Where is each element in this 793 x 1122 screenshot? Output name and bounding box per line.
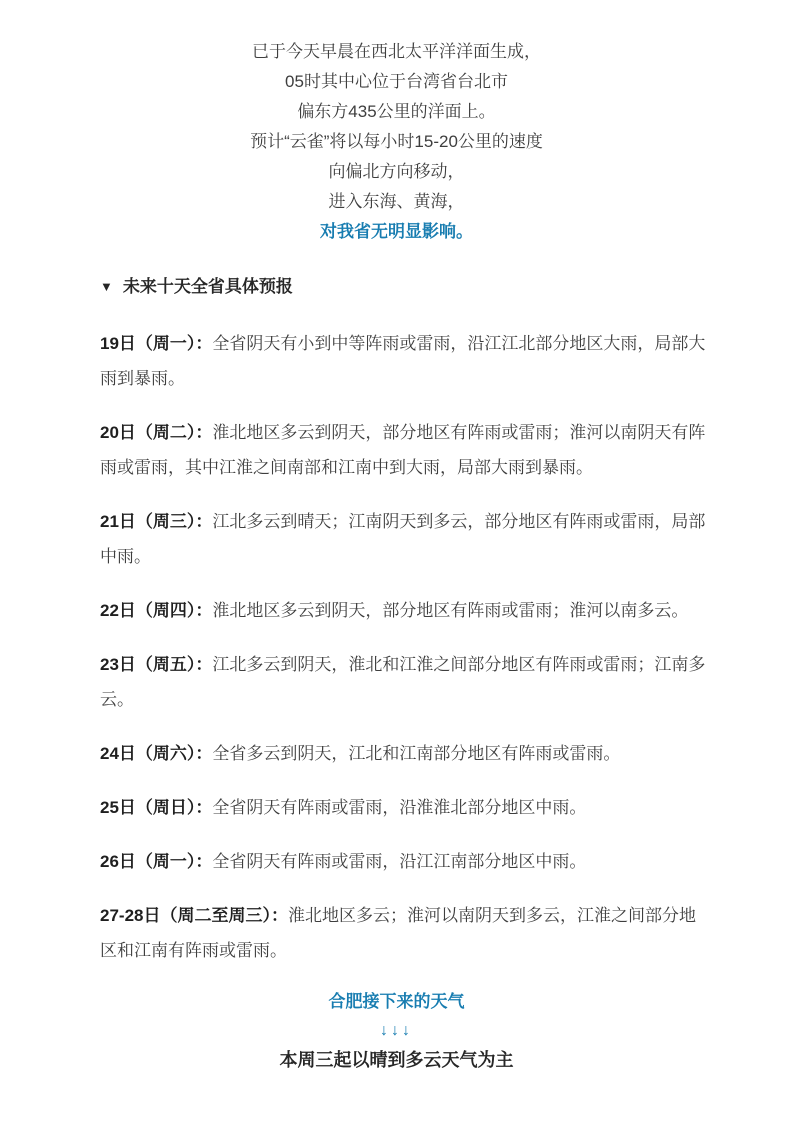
- intro-highlight: 对我省无明显影响。: [0, 217, 793, 247]
- forecast-date: 20日（周二）：: [100, 423, 212, 442]
- down-arrows-icon: ↓↓↓: [0, 1017, 793, 1045]
- forecast-item-20: 20日（周二）：淮北地区多云到阴天，部分地区有阵雨或雷雨；淮河以南阴天有阵雨或雷…: [100, 415, 706, 485]
- forecast-item-21: 21日（周三）：江北多云到晴天；江南阴天到多云，部分地区有阵雨或雷雨，局部中雨。: [100, 504, 706, 574]
- forecast-item-24: 24日（周六）：全省多云到阴天，江北和江南部分地区有阵雨或雷雨。: [100, 736, 706, 771]
- intro-line-3: 偏东方435公里的洋面上。: [0, 97, 793, 127]
- hefei-outlook: 合肥接下来的天气 ↓↓↓ 本周三起以晴到多云天气为主: [0, 987, 793, 1075]
- forecast-item-22: 22日（周四）：淮北地区多云到阴天，部分地区有阵雨或雷雨；淮河以南多云。: [100, 593, 706, 628]
- hefei-outlook-summary: 本周三起以晴到多云天气为主: [0, 1045, 793, 1075]
- forecast-date: 24日（周六）：: [100, 744, 212, 763]
- hefei-outlook-title: 合肥接下来的天气: [0, 987, 793, 1017]
- forecast-text: 全省阴天有阵雨或雷雨，沿淮淮北部分地区中雨。: [212, 798, 586, 817]
- forecast-date: 19日（周一）：: [100, 334, 212, 353]
- forecast-text: 淮北地区多云到阴天，部分地区有阵雨或雷雨；淮河以南多云。: [212, 601, 688, 620]
- section-title-text: 未来十天全省具体预报: [123, 277, 293, 296]
- forecast-item-26: 26日（周一）：全省阴天有阵雨或雷雨，沿江江南部分地区中雨。: [100, 844, 706, 879]
- forecast-item-25: 25日（周日）：全省阴天有阵雨或雷雨，沿淮淮北部分地区中雨。: [100, 790, 706, 825]
- article-page: 已于今天早晨在西北太平洋洋面生成， 05时其中心位于台湾省台北市 偏东方435公…: [0, 0, 793, 1075]
- intro-line-5: 向偏北方向移动，: [0, 157, 793, 187]
- forecast-item-19: 19日（周一）：全省阴天有小到中等阵雨或雷雨，沿江江北部分地区大雨，局部大雨到暴…: [100, 326, 706, 396]
- forecast-text: 全省多云到阴天，江北和江南部分地区有阵雨或雷雨。: [212, 744, 620, 763]
- forecast-item-27-28: 27-28日（周二至周三）：淮北地区多云；淮河以南阴天到多云，江淮之间部分地区和…: [100, 898, 706, 968]
- forecast-date: 27-28日（周二至周三）：: [100, 906, 288, 925]
- forecast-section: ▼未来十天全省具体预报 19日（周一）：全省阴天有小到中等阵雨或雷雨，沿江江北部…: [100, 275, 706, 968]
- typhoon-intro: 已于今天早晨在西北太平洋洋面生成， 05时其中心位于台湾省台北市 偏东方435公…: [0, 37, 793, 247]
- intro-line-6: 进入东海、黄海，: [0, 187, 793, 217]
- forecast-item-23: 23日（周五）：江北多云到阴天，淮北和江淮之间部分地区有阵雨或雷雨；江南多云。: [100, 647, 706, 717]
- intro-line-4: 预计“云雀”将以每小时15-20公里的速度: [0, 127, 793, 157]
- intro-line-1: 已于今天早晨在西北太平洋洋面生成，: [0, 37, 793, 67]
- forecast-date: 26日（周一）：: [100, 852, 212, 871]
- forecast-date: 25日（周日）：: [100, 798, 212, 817]
- forecast-date: 23日（周五）：: [100, 655, 212, 674]
- section-title: ▼未来十天全省具体预报: [100, 275, 706, 300]
- forecast-date: 21日（周三）：: [100, 512, 212, 531]
- triangle-down-icon: ▼: [100, 279, 113, 294]
- forecast-date: 22日（周四）：: [100, 601, 212, 620]
- forecast-text: 全省阴天有阵雨或雷雨，沿江江南部分地区中雨。: [212, 852, 586, 871]
- intro-line-2: 05时其中心位于台湾省台北市: [0, 67, 793, 97]
